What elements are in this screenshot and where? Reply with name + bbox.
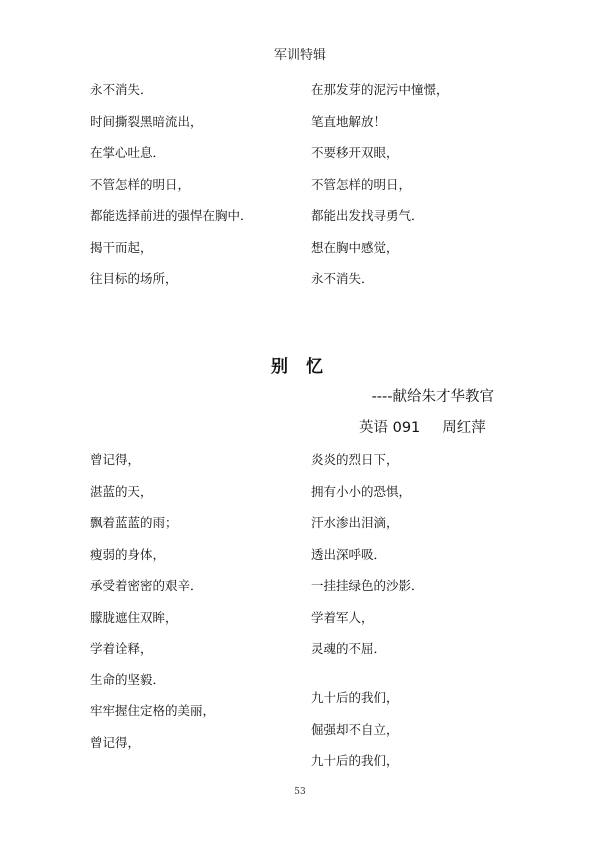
poem-line: 笔直地解放！ (311, 112, 386, 130)
poem-line: 学着诠释， (90, 639, 153, 657)
poem-line: 一挂挂绿色的沙影． (311, 576, 424, 594)
poem-line: 学着军人， (311, 608, 374, 626)
running-header: 军训特辑 (0, 44, 600, 63)
poem-line: 往目标的场所， (90, 269, 178, 287)
poem-line: 九十后的我们， (311, 688, 399, 706)
page-number: 53 (0, 787, 600, 797)
poem-line: 九十后的我们， (311, 751, 399, 769)
poem-title: 别 忆 (0, 352, 600, 377)
poem-line: 想在胸中感觉， (311, 238, 399, 256)
poem-line: 揭干而起， (90, 238, 153, 256)
poem-line: 倔强却不自立， (311, 720, 399, 738)
poem-line: 牢牢握住定格的美丽， (90, 701, 215, 719)
poem-line: 承受着密密的艰辛． (90, 576, 203, 594)
poem-line: 曾记得， (90, 733, 140, 751)
poem-line: 都能选择前进的强悍在胸中． (90, 206, 253, 224)
poem-line: 时间撕裂黑暗流出， (90, 112, 203, 130)
poem-line: 朦胧遮住双眸， (90, 608, 178, 626)
poem-line: 灵魂的不屈． (311, 639, 386, 657)
poem-dedication: ----献给朱才华教官 (372, 385, 494, 406)
poem-line: 瘦弱的身体， (90, 545, 165, 563)
poem-line: 拥有小小的恐惧， (311, 482, 411, 500)
poem-line: 永不消失． (311, 269, 374, 287)
poem-line: 曾记得， (90, 450, 140, 468)
poem-line: 不要移开双眼， (311, 143, 399, 161)
author-name: 周红萍 (442, 420, 486, 436)
poem-line: 飘着蓝蓝的雨； (90, 513, 178, 531)
poem-line: 不管怎样的明日， (90, 175, 190, 193)
poem-line: 在掌心吐息． (90, 143, 165, 161)
poem-line: 湛蓝的天， (90, 482, 153, 500)
poem-line: 汗水渗出泪滴， (311, 513, 399, 531)
poem-line: 透出深呼吸． (311, 545, 386, 563)
poem-line: 在那发芽的泥污中憧憬， (311, 80, 449, 98)
poem-line: 永不消失． (90, 80, 153, 98)
poem-line: 都能出发找寻勇气． (311, 206, 424, 224)
poem-line: 炎炎的烈日下， (311, 450, 399, 468)
author-class: 英语 091 (359, 420, 420, 436)
poem-author: 英语 091周红萍 (359, 416, 486, 437)
poem-line: 不管怎样的明日， (311, 175, 411, 193)
poem-line: 生命的坚毅． (90, 670, 165, 688)
